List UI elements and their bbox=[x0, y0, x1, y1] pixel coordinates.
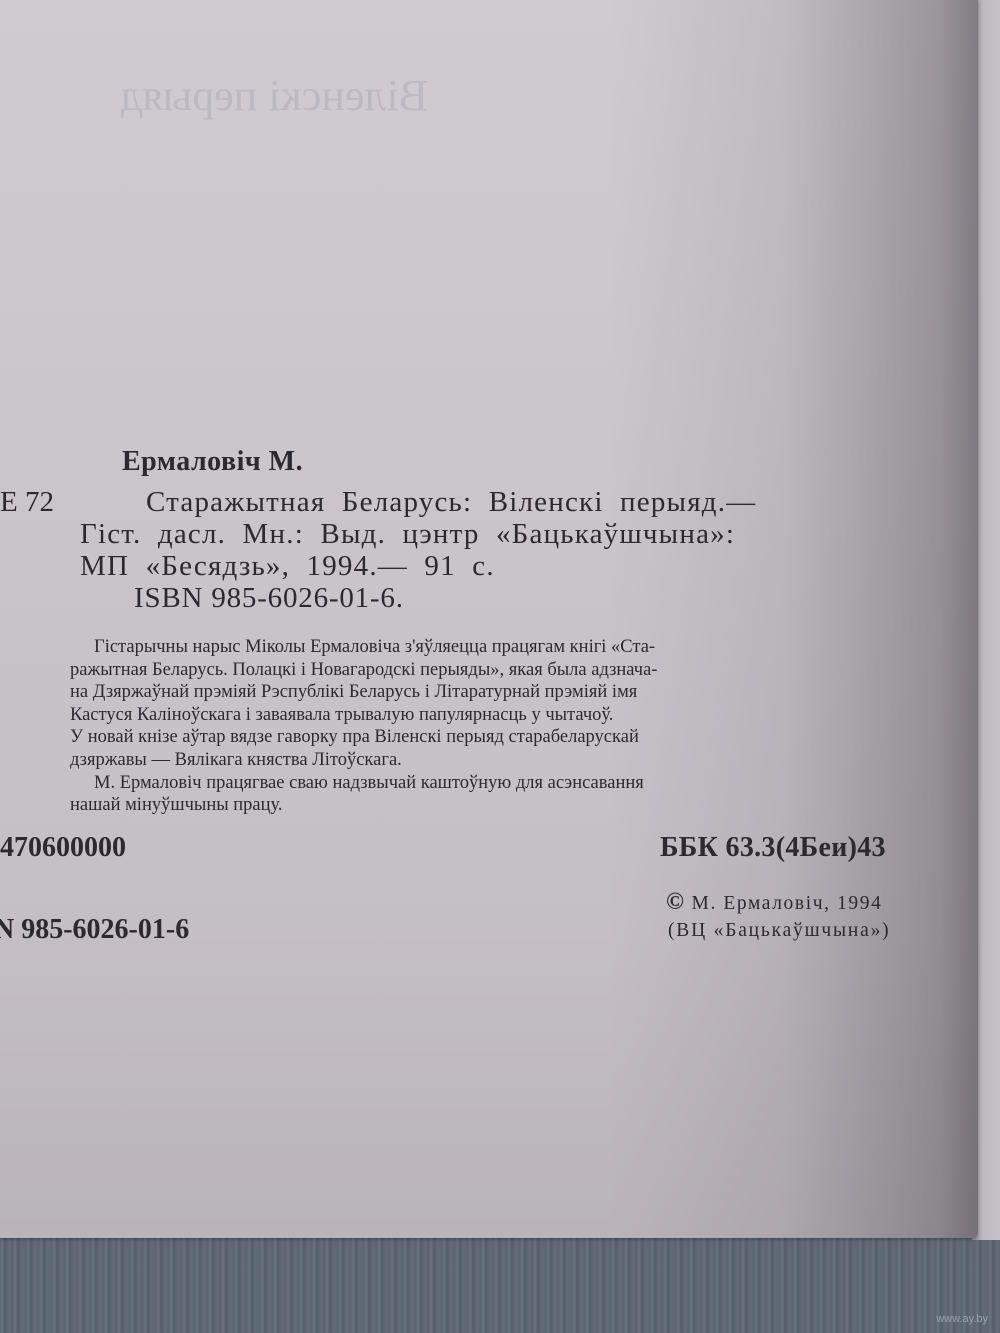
table-surface bbox=[0, 1230, 1000, 1333]
isbn-main: ISBN 985-6026-01-6. bbox=[134, 582, 404, 615]
index-code: 470600000 bbox=[0, 832, 126, 864]
catalog-code: Е 72 bbox=[0, 486, 54, 519]
abstract: Гістарычны нарыс Міколы Ермаловіча з'яўл… bbox=[70, 636, 770, 817]
copyright-text: М. Ермаловіч, 1994 bbox=[692, 893, 883, 914]
copyright-line: ©М. Ермаловіч, 1994 bbox=[666, 889, 882, 916]
book-page: Віленскі перыяд Ермаловіч М. Е 72 Стараж… bbox=[0, 0, 978, 1238]
abstract-paragraph-1: Гістарычны нарыс Міколы Ермаловіча з'яўл… bbox=[70, 636, 770, 772]
bibliographic-line-2: Гіст. дасл. Мн.: Выд. цэнтр «Бацькаўшчын… bbox=[80, 518, 735, 551]
bbk-classification: ББК 63.3(4Беи)43 bbox=[660, 832, 886, 864]
bibliographic-line-3: МП «Бесядзь», 1994.— 91 с. bbox=[80, 550, 495, 583]
show-through-text: Віленскі перыяд bbox=[120, 70, 428, 121]
watermark: www.ay.by bbox=[936, 1313, 988, 1325]
publisher-center: (ВЦ «Бацькаўшчына») bbox=[668, 920, 890, 942]
author-name: Ермаловіч М. bbox=[122, 446, 303, 478]
isbn-bottom: N 985-6026-01-6 bbox=[0, 914, 189, 946]
bibliographic-line-1: Старажытная Беларусь: Віленскі перыяд.— bbox=[146, 486, 756, 519]
copyright-icon: © bbox=[666, 889, 686, 915]
abstract-paragraph-2: М. Ермаловіч працягвае сваю надзвычай ка… bbox=[70, 772, 770, 817]
